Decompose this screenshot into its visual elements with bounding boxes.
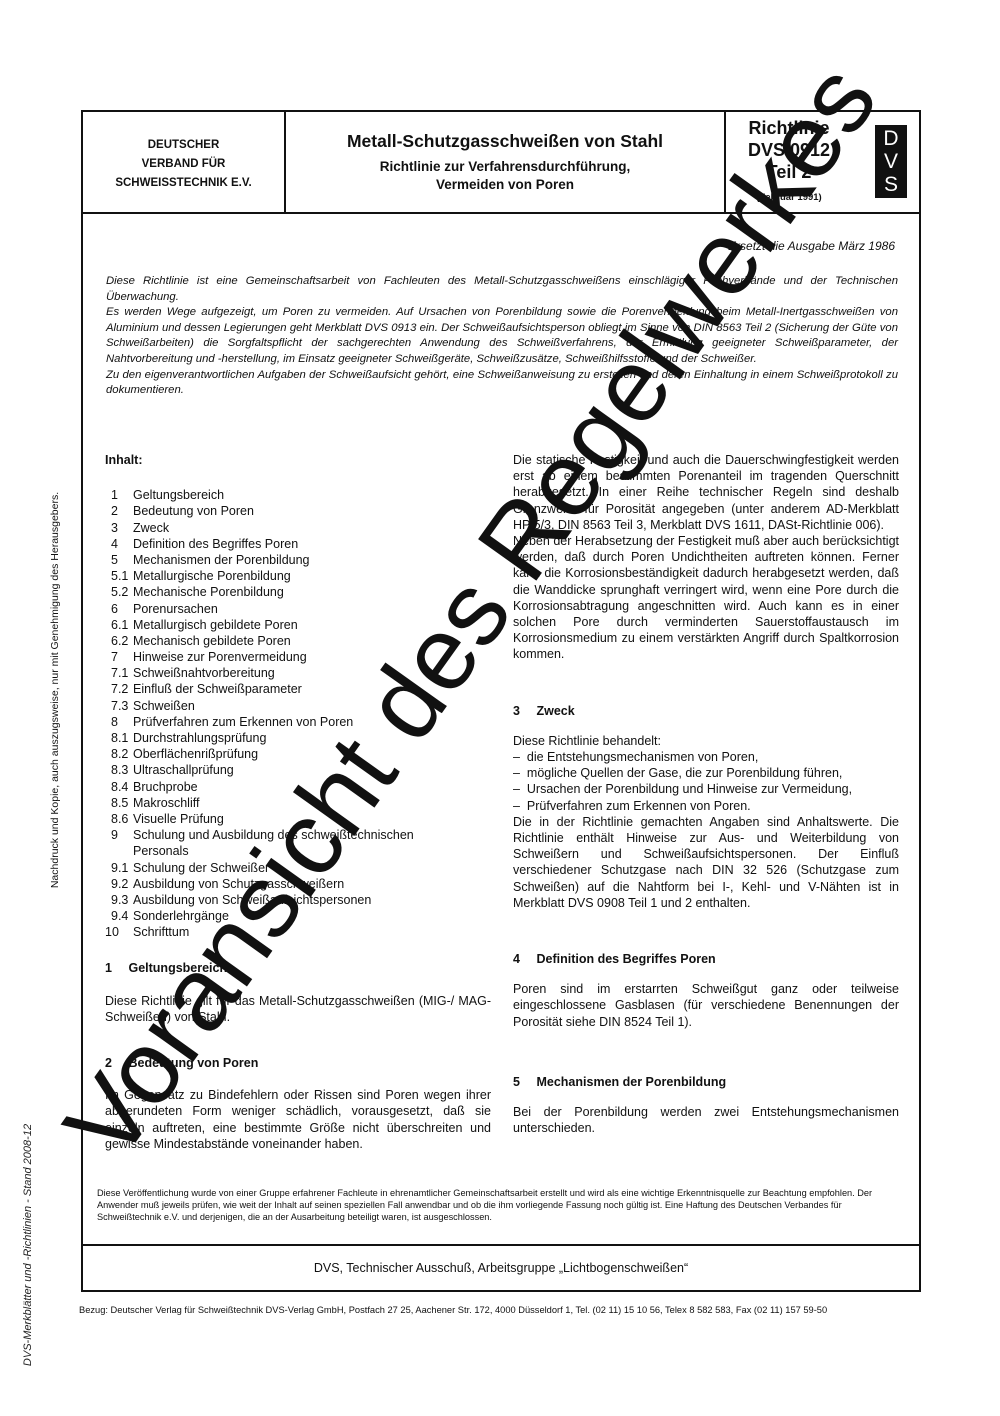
document-subtitle: Richtlinie zur Verfahrensdurchführung, [380, 158, 631, 176]
section-number: 2 [105, 1055, 125, 1071]
collection-note-text: DVS-Merkblätter und -Richtlinien - Stand… [22, 1124, 34, 1366]
document-title: Metall-Schutzgasschweißen von Stahl [347, 131, 663, 152]
toc-item: 9Schulung und Ausbildung des schweißtech… [105, 827, 491, 843]
toc-label: Bedeutung von Poren [133, 503, 254, 519]
toc-number: 6.1 [105, 617, 133, 633]
toc-number: 9.2 [105, 876, 133, 892]
toc-item: 3Zweck [105, 520, 491, 536]
toc-label: Ultraschallprüfung [133, 762, 234, 778]
toc-item: 9.4Sonderlehrgänge [105, 908, 491, 924]
toc-number: 8.1 [105, 730, 133, 746]
toc-label: Mechanismen der Porenbildung [133, 552, 310, 568]
intro-text: Diese Richtlinie ist eine Gemeinschaftsa… [106, 274, 898, 399]
toc-item: 4Definition des Begriffes Poren [105, 536, 491, 552]
disclaimer: Diese Veröffentlichung wurde von einer G… [97, 1187, 907, 1223]
section-2-text: Im Gegensatz zu Bindefehlern oder Rissen… [105, 1087, 491, 1152]
toc-number: 6 [105, 601, 133, 617]
toc-item: 9.2Ausbildung von Schutzgasschweißern [105, 876, 491, 892]
section-title: Bedeutung von Poren [128, 1056, 258, 1070]
section-4-heading: 4 Definition des Begriffes Poren [513, 951, 899, 967]
toc-number: 9 [105, 827, 133, 843]
toc-number: 8.4 [105, 779, 133, 795]
org-line: DEUTSCHER [148, 136, 220, 155]
toc-item: 7Hinweise zur Porenvermeidung [105, 649, 491, 665]
document-id: Richtlinie DVS 0912 Teil 2 [730, 117, 848, 183]
toc-item: Personals [105, 843, 491, 859]
section-3-heading: 3 Zweck [513, 703, 899, 719]
toc-item: 2Bedeutung von Poren [105, 503, 491, 519]
toc-item: 8.3Ultraschallprüfung [105, 762, 491, 778]
toc-label: Schrifttum [133, 924, 189, 940]
section-2-continued: Neben der Herabsetzung der Festigkeit mu… [513, 533, 899, 663]
section-4-text: Poren sind im erstarrten Schweißgut ganz… [513, 981, 899, 1030]
toc-label: Personals [133, 843, 189, 859]
toc-label: Prüfverfahren zum Erkennen von Poren [133, 714, 353, 730]
logo-letter: D [875, 127, 907, 150]
toc-item: 1Geltungsbereich [105, 487, 491, 503]
right-column: Die statische Festigkeit und auch die Da… [513, 452, 899, 1137]
section-number: 4 [513, 951, 533, 967]
toc-number: 2 [105, 503, 133, 519]
section-number: 3 [513, 703, 533, 719]
section-title: Geltungsbereich [128, 961, 227, 975]
toc-item: 9.3Ausbildung von Schweißaufsichtsperson… [105, 892, 491, 908]
toc-number: 9.4 [105, 908, 133, 924]
section-2-continued: Die statische Festigkeit und auch die Da… [513, 452, 899, 533]
toc-item: 7.2Einfluß der Schweißparameter [105, 681, 491, 697]
toc-label: Porenursachen [133, 601, 218, 617]
logo-letter: V [875, 150, 907, 173]
toc-label: Oberflächenrißprüfung [133, 746, 258, 762]
toc-label: Schweißnahtvorbereitung [133, 665, 275, 681]
toc-item: 8.4Bruchprobe [105, 779, 491, 795]
left-column: Inhalt: 1Geltungsbereich2Bedeutung von P… [105, 452, 491, 1152]
section-number: 5 [513, 1074, 533, 1090]
toc-number: 8.5 [105, 795, 133, 811]
doc-part: Teil 2 [730, 161, 848, 183]
toc-item: 5.2Mechanische Porenbildung [105, 584, 491, 600]
section-1-text: Diese Richtlinie gilt für das Metall-Sch… [105, 993, 491, 1025]
doc-type: Richtlinie [730, 117, 848, 139]
dvs-logo-icon: D V S [875, 125, 907, 200]
document-title-block: Metall-Schutzgasschweißen von Stahl Rich… [286, 112, 726, 212]
toc-item: 6.1Metallurgisch gebildete Poren [105, 617, 491, 633]
toc-label: Bruchprobe [133, 779, 198, 795]
toc-label: Ausbildung von Schutzgasschweißern [133, 876, 344, 892]
committee-box: DVS, Technischer Ausschuß, Arbeitsgruppe… [83, 1244, 919, 1290]
list-item: – mögliche Quellen der Gase, die zur Por… [513, 765, 899, 781]
toc-item: 6.2Mechanisch gebildete Poren [105, 633, 491, 649]
replaces-note: Ersetzt die Ausgabe März 1986 [728, 239, 895, 253]
toc-item: 10Schrifttum [105, 924, 491, 940]
toc-label: Durchstrahlungsprüfung [133, 730, 266, 746]
toc-item: 8.6Visuelle Prüfung [105, 811, 491, 827]
section-title: Zweck [536, 704, 574, 718]
logo-letter: S [875, 173, 907, 196]
intro-paragraph: Es werden Wege aufgezeigt, um Poren zu v… [106, 305, 898, 367]
toc-label: Definition des Begriffes Poren [133, 536, 298, 552]
list-item-text: mögliche Quellen der Gase, die zur Poren… [527, 766, 842, 780]
toc-number: 8.6 [105, 811, 133, 827]
document-id-block: Richtlinie DVS 0912 Teil 2 (Februar 1991… [726, 112, 919, 212]
publisher-name: DEUTSCHER VERBAND FÜR SCHWEISSTECHNIK E.… [83, 112, 286, 212]
toc-label: Schweißen [133, 698, 195, 714]
toc-label: Hinweise zur Porenvermeidung [133, 649, 307, 665]
toc-number: 3 [105, 520, 133, 536]
document-frame: DEUTSCHER VERBAND FÜR SCHWEISSTECHNIK E.… [81, 110, 921, 1292]
section-2-heading: 2 Bedeutung von Poren [105, 1055, 491, 1071]
doc-number: DVS 0912 [730, 139, 848, 161]
toc-item: 6Porenursachen [105, 601, 491, 617]
toc-number: 7 [105, 649, 133, 665]
org-line: VERBAND FÜR [142, 155, 226, 174]
toc-number: 8.2 [105, 746, 133, 762]
doc-date: (Februar 1991) [730, 192, 848, 203]
toc-item: 9.1Schulung der Schweißer [105, 860, 491, 876]
toc-number: 9.3 [105, 892, 133, 908]
toc-number: 8.3 [105, 762, 133, 778]
list-item-text: Prüfverfahren zum Erkennen von Poren. [527, 799, 751, 813]
toc-number: 7.2 [105, 681, 133, 697]
toc-item: 8.2Oberflächenrißprüfung [105, 746, 491, 762]
toc-number: 6.2 [105, 633, 133, 649]
section-title: Definition des Begriffes Poren [536, 952, 715, 966]
document-header: DEUTSCHER VERBAND FÜR SCHWEISSTECHNIK E.… [83, 112, 919, 214]
toc-item: 7.3Schweißen [105, 698, 491, 714]
section-1-heading: 1 Geltungsbereich [105, 960, 491, 976]
toc-item: 8.1Durchstrahlungsprüfung [105, 730, 491, 746]
section-3-intro: Diese Richtlinie behandelt: [513, 733, 899, 749]
table-of-contents: 1Geltungsbereich2Bedeutung von Poren3Zwe… [105, 487, 491, 940]
toc-label: Schulung der Schweißer [133, 860, 269, 876]
toc-label: Schulung und Ausbildung des schweißtechn… [133, 827, 414, 843]
toc-label: Mechanische Porenbildung [133, 584, 284, 600]
toc-label: Ausbildung von Schweißaufsichtspersonen [133, 892, 371, 908]
section-3-list: – die Entstehungsmechanismen von Poren, … [513, 749, 899, 814]
toc-heading: Inhalt: [105, 452, 491, 468]
list-item: – Prüfverfahren zum Erkennen von Poren. [513, 798, 899, 814]
reprint-notice-text: Nachdruck und Kopie, auch auszugsweise, … [49, 492, 61, 888]
list-item: – Ursachen der Porenbildung und Hinweise… [513, 781, 899, 797]
toc-label: Visuelle Prüfung [133, 811, 224, 827]
toc-number: 5 [105, 552, 133, 568]
toc-item: 5.1Metallurgische Porenbildung [105, 568, 491, 584]
toc-label: Mechanisch gebildete Poren [133, 633, 291, 649]
toc-number: 5.1 [105, 568, 133, 584]
toc-number [105, 843, 133, 859]
intro-paragraph: Diese Richtlinie ist eine Gemeinschaftsa… [106, 274, 898, 305]
toc-item: 5Mechanismen der Porenbildung [105, 552, 491, 568]
toc-number: 7.1 [105, 665, 133, 681]
section-number: 1 [105, 960, 125, 976]
list-item: – die Entstehungsmechanismen von Poren, [513, 749, 899, 765]
section-3-text: Die in der Richtlinie gemachten Angaben … [513, 814, 899, 911]
toc-number: 5.2 [105, 584, 133, 600]
section-5-text: Bei der Porenbildung werden zwei Entsteh… [513, 1104, 899, 1136]
toc-label: Makroschliff [133, 795, 199, 811]
publisher-contact: Bezug: Deutscher Verlag für Schweißtechn… [79, 1305, 929, 1315]
toc-label: Zweck [133, 520, 169, 536]
toc-label: Einfluß der Schweißparameter [133, 681, 302, 697]
toc-label: Geltungsbereich [133, 487, 224, 503]
toc-number: 9.1 [105, 860, 133, 876]
toc-label: Metallurgische Porenbildung [133, 568, 291, 584]
toc-label: Sonderlehrgänge [133, 908, 229, 924]
toc-number: 10 [105, 924, 133, 940]
committee-text: DVS, Technischer Ausschuß, Arbeitsgruppe… [314, 1261, 688, 1275]
section-title: Mechanismen der Porenbildung [536, 1075, 726, 1089]
toc-number: 8 [105, 714, 133, 730]
list-item-text: Ursachen der Porenbildung und Hinweise z… [527, 782, 852, 796]
toc-item: 8.5Makroschliff [105, 795, 491, 811]
document-subtitle: Vermeiden von Poren [436, 176, 574, 194]
intro-paragraph: Zu den eigenverantwortlichen Aufgaben de… [106, 368, 898, 399]
toc-label: Metallurgisch gebildete Poren [133, 617, 298, 633]
toc-item: 7.1Schweißnahtvorbereitung [105, 665, 491, 681]
toc-number: 1 [105, 487, 133, 503]
toc-number: 7.3 [105, 698, 133, 714]
toc-item: 8Prüfverfahren zum Erkennen von Poren [105, 714, 491, 730]
list-item-text: die Entstehungsmechanismen von Poren, [527, 750, 758, 764]
section-5-heading: 5 Mechanismen der Porenbildung [513, 1074, 899, 1090]
toc-number: 4 [105, 536, 133, 552]
org-line: SCHWEISSTECHNIK E.V. [115, 174, 251, 193]
